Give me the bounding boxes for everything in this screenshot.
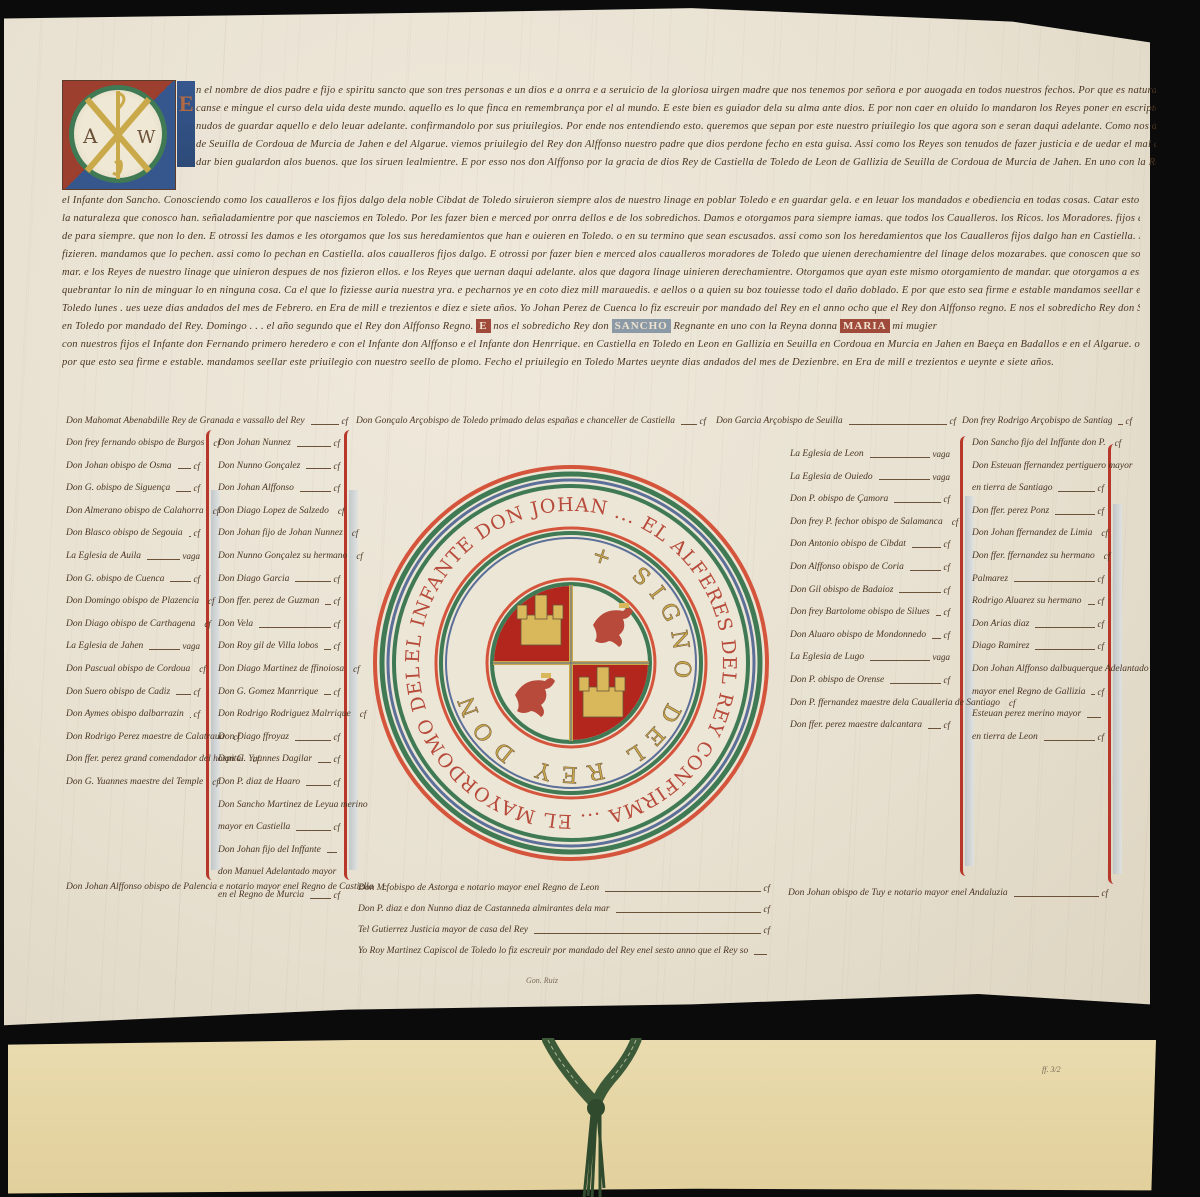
list-item: Don Alffonso obispo de Coriacf <box>790 556 950 579</box>
confirm-header-right: Don Garcia Arçobispo de Seuillacf <box>716 410 956 433</box>
royal-rota-seal: EL INFANTE DON JOHAN ... EL ALFERES DEL … <box>373 465 769 861</box>
list-item: Don Aymes obispo dalbarrazincf <box>66 703 200 726</box>
notary-castile: Don Johan Alffonso obispo de Palencia e … <box>66 876 356 899</box>
text-line: nudos de guardar aquello e delo leuar ad… <box>196 118 1156 136</box>
list-item: mayor en Castiellacf <box>218 816 340 839</box>
main-text-block-full: el Infante don Sancho. Conosciendo como … <box>62 192 1140 372</box>
initial-letter-e: E <box>179 91 194 117</box>
confirma-mark: cf <box>342 410 349 433</box>
omega-letter: W <box>137 127 156 148</box>
list-item: La Eglesia de Jahenvaga <box>66 635 200 658</box>
list-item: Don Rodrigo Perez maestre de Calatrauacf <box>66 726 200 749</box>
confirmation-column-3: La Eglesia de Leonvaga La Eglesia de Oui… <box>790 443 950 737</box>
text-line: n el nombre de dios padre e fijo e spiri… <box>196 82 1156 100</box>
initial-letter-e-panel: E <box>177 81 195 167</box>
list-item: Don G. obispo de Cuencacf <box>66 568 200 591</box>
confirmer-name: Don Johan obispo de Tuy e notario mayor … <box>788 882 1008 905</box>
list-item: Don P. obispo de Orensecf <box>790 669 950 692</box>
list-item: La Eglesia de Auilavaga <box>66 545 200 568</box>
list-item: Don Nunno Gonçalez su hermanocf <box>218 545 340 568</box>
text-fragment: en Toledo por mandado del Rey. Domingo .… <box>62 321 476 332</box>
confirmer-name: Don frey Rodrigo Arçobispo de Santiago <box>962 410 1112 433</box>
text-line: quebrantar lo nin de minguar lo en ningu… <box>62 282 1140 300</box>
list-item: Don Suero obispo de Cadizcf <box>66 681 200 704</box>
confirmer-name: Don Gonçalo Arçobispo de Toledo primado … <box>356 410 675 433</box>
text-fragment: mi mugier <box>892 321 937 332</box>
list-item: en tierra de Leoncf <box>972 726 1104 749</box>
list-item: Don M. obispo de Astorga e notario mayor… <box>358 878 770 899</box>
scribe-line: Yo Roy Martinez Capiscol de Toledo lo fi… <box>358 941 770 962</box>
confirmer-name: Don Johan Alffonso obispo de Palencia e … <box>66 876 373 899</box>
archive-note: ff. 3/2 <box>1042 1065 1061 1074</box>
text-line: por que esto sea firme e estable. mandam… <box>62 354 1140 372</box>
list-item: Don Johan fijo del Inffante <box>218 839 340 862</box>
list-item: La Eglesia de Leonvaga <box>790 443 950 466</box>
list-item: Don Johan obispo de Osmacf <box>66 455 200 478</box>
confirm-header-far-right: Don frey Rodrigo Arçobispo de Santiagocf <box>962 410 1132 433</box>
list-item: Don Diago Lopez de Salzedocf <box>218 500 340 523</box>
list-item: Don Johan Alffonso dalbuquerque Adelanta… <box>972 658 1104 681</box>
list-item: Don Aluaro obispo de Mondonnedocf <box>790 624 950 647</box>
list-item: en tierra de Santiagocf <box>972 477 1104 500</box>
illuminated-initial: A W E <box>62 80 176 190</box>
main-text-block: n el nombre de dios padre e fijo e spiri… <box>196 82 1156 172</box>
text-fragment: Regnante en uno con la Reyna donna <box>674 321 841 332</box>
text-fragment: nos el sobredicho Rey don <box>493 321 611 332</box>
list-item: Don Diago ffroyazcf <box>218 726 340 749</box>
list-item: Don Esteuan ffernandez pertiguero mayor <box>972 455 1104 478</box>
list-item: Don Johan Alffonsocf <box>218 477 340 500</box>
list-item: Rodrigo Aluarez su hermanocf <box>972 590 1104 613</box>
list-item: Don Sancho fijo del Inffante don P.cf <box>972 432 1104 455</box>
text-line: fizieren. mandamos que lo pechen. assi c… <box>62 246 1140 264</box>
list-item: Don Antonio obispo de Cibdatcf <box>790 533 950 556</box>
confirmation-column-1: Don frey fernando obispo de Burgoscf Don… <box>66 432 200 794</box>
list-item: Don Johan Nunnezcf <box>218 432 340 455</box>
notary-andalucia: Don Johan obispo de Tuy e notario mayor … <box>788 882 1108 905</box>
confirm-header-center: Don Gonçalo Arçobispo de Toledo primado … <box>356 410 706 433</box>
list-item: Don ffer. perez de Guzmancf <box>218 590 340 613</box>
list-item: Don Pascual obispo de Cordouacf <box>66 658 200 681</box>
list-item: Don Gil obispo de Badaiozcf <box>790 579 950 602</box>
list-item: Don G. Yuannes Dagilarcf <box>218 748 340 771</box>
list-item: Don ffer. perez Ponzcf <box>972 500 1104 523</box>
list-item: Don G. Yuannes maestre del Templecf <box>66 771 200 794</box>
confirmation-column-4: Don Sancho fijo del Inffante don P.cf Do… <box>972 432 1104 748</box>
list-item: Don ffer. perez maestre dalcantaracf <box>790 714 950 737</box>
list-item: Don Diago Martinez de ffinoiosacf <box>218 658 340 681</box>
text-line: canse e mingue el curso dela uida deste … <box>196 100 1156 118</box>
confirmer-name: Don Garcia Arçobispo de Seuilla <box>716 410 843 433</box>
scribe-note: Gon. Ruiz <box>526 976 558 985</box>
list-item: Don Blasco obispo de Segouiacf <box>66 522 200 545</box>
list-item: Don frey fernando obispo de Burgoscf <box>66 432 200 455</box>
rubric-queen-name: MARIA <box>840 319 890 333</box>
center-footer-confirmations: Don M. obispo de Astorga e notario mayor… <box>358 878 770 962</box>
list-item: La Eglesia de Ouiedovaga <box>790 466 950 489</box>
list-item: Don Almerano obispo de Calahorracf <box>66 500 200 523</box>
text-line: dar bien gualardon alos buenos. que los … <box>196 154 1156 172</box>
list-item: Diago Ramirezcf <box>972 635 1104 658</box>
list-item: Don frey Bartolome obispo de Siluescf <box>790 601 950 624</box>
rubric-king-name-2: SANCHO <box>612 319 671 333</box>
list-item: Don Diago Garciacf <box>218 568 340 591</box>
list-item: mayor enel Regno de Galliziacf <box>972 681 1104 704</box>
list-item: Don G. obispo de Siguençacf <box>66 477 200 500</box>
text-fragment: nudos de guardar aquello e delo leuar ad… <box>196 121 1156 132</box>
confirmation-column-2: Don Johan Nunnezcf Don Nunno Gonçalezcf … <box>218 432 340 906</box>
list-item: Don Velacf <box>218 613 340 636</box>
text-line: de para siempre. que non lo den. E otros… <box>62 228 1140 246</box>
list-item: Don P. diaz e don Nunno diaz de Castanne… <box>358 899 770 920</box>
text-line: Toledo lunes . ues ueze dias andados del… <box>62 300 1140 318</box>
list-item: Don ffer. ffernandez su hermanocf <box>972 545 1104 568</box>
text-line: con nuestros fijos el Infante don Fernan… <box>62 336 1140 354</box>
list-item: Don Johan fijo de Johan Nunnezcf <box>218 522 340 545</box>
list-item: Don Rodrigo Rodriguez Malrriquecf <box>218 703 340 726</box>
list-item: Don P. ffernandez maestre dela Caualleri… <box>790 692 950 715</box>
confirma-mark: cf <box>1126 410 1133 433</box>
list-item: Don Johan ffernandez de Limiacf <box>972 522 1104 545</box>
list-item: Esteuan perez merino mayor <box>972 703 1104 726</box>
text-line: en Toledo por mandado del Rey. Domingo .… <box>62 318 1140 336</box>
text-line: de Seuilla de Cordoua de Murcia de Jahen… <box>196 136 1156 154</box>
chrismon-icon: A W <box>63 81 175 189</box>
list-item: Palmarezcf <box>972 568 1104 591</box>
list-item: Don Roy gil de Villa loboscf <box>218 635 340 658</box>
rubric-era: E <box>476 319 490 333</box>
list-item: Don P. diaz de Haarocf <box>218 771 340 794</box>
list-item: Don Diago obispo de Carthagenacf <box>66 613 200 636</box>
list-item: Don Nunno Gonçalezcf <box>218 455 340 478</box>
list-item: Don Arias diazcf <box>972 613 1104 636</box>
confirm-header-left: Don Mahomat Abenabdille Rey de Granada e… <box>66 410 348 433</box>
confirma-mark: cf <box>1102 882 1109 905</box>
list-item: Don Domingo obispo de Plazenciacf <box>66 590 200 613</box>
text-line: mar. e los Reyes de nuestro linage que u… <box>62 264 1140 282</box>
list-item: Don Sancho Martinez de Leyua merino <box>218 794 340 817</box>
list-item: Don P. obispo de Çamoracf <box>790 488 950 511</box>
seal-cord <box>540 1038 660 1197</box>
confirmer-name: Don Mahomat Abenabdille Rey de Granada e… <box>66 410 305 433</box>
list-item: Tel Gutierrez Justicia mayor de casa del… <box>358 920 770 941</box>
list-item: Don frey P. fechor obispo de Salamancacf <box>790 511 950 534</box>
list-item: Don ffer. perez grand comendador del hos… <box>66 748 200 771</box>
list-item: La Eglesia de Lugovaga <box>790 646 950 669</box>
text-line: la naturaleza que conosco han. señaladam… <box>62 210 1140 228</box>
list-item: Don G. Gomez Manrriquecf <box>218 681 340 704</box>
confirma-mark: cf <box>950 410 957 433</box>
alpha-letter: A <box>82 124 98 148</box>
text-line: el Infante don Sancho. Conosciendo como … <box>62 192 1140 210</box>
confirma-mark: cf <box>700 410 707 433</box>
